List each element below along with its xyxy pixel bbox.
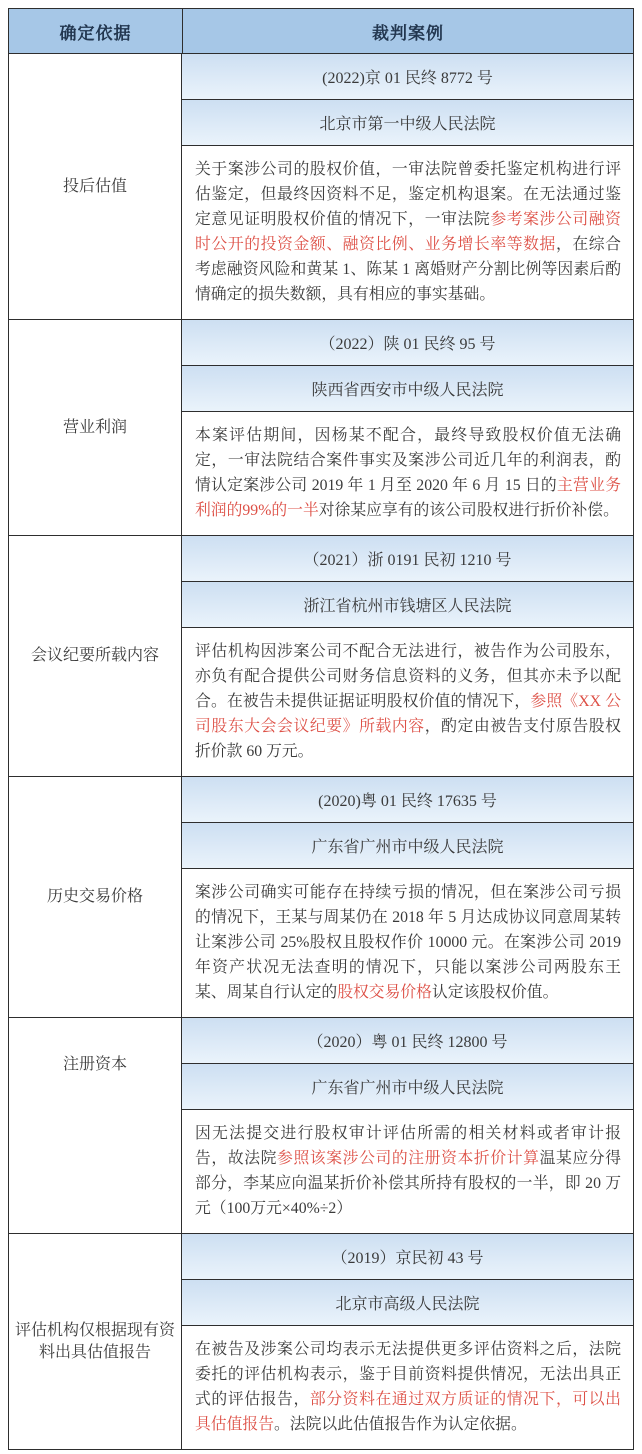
table-header-row: 确定依据 裁判案例 (9, 9, 633, 53)
basis-label: 会议纪要所载内容 (31, 645, 159, 667)
table-row: 注册资本（2020）粤 01 民终 12800 号广东省广州市中级人民法院因无法… (9, 1017, 633, 1233)
court-name-cell: 广东省广州市中级人民法院 (182, 823, 633, 869)
basis-cell: 投后估值 (9, 54, 182, 319)
table-row: 营业利润（2022）陕 01 民终 95 号陕西省西安市中级人民法院本案评估期间… (9, 319, 633, 535)
case-stack: （2020）粤 01 民终 12800 号广东省广州市中级人民法院因无法提交进行… (182, 1018, 633, 1233)
basis-label: 营业利润 (63, 417, 127, 439)
case-stack: （2021）浙 0191 民初 1210 号浙江省杭州市钱塘区人民法院评估机构因… (182, 536, 633, 776)
case-description-cell: 因无法提交进行股权审计评估所需的相关材料或者审计报告，故法院参照该案涉公司的注册… (182, 1110, 633, 1233)
court-name-cell: 浙江省杭州市钱塘区人民法院 (182, 582, 633, 628)
basis-cell: 营业利润 (9, 320, 182, 535)
table-body: 投后估值(2022)京 01 民终 8772 号北京市第一中级人民法院关于案涉公… (9, 53, 633, 1449)
case-stack: (2020)粤 01 民终 17635 号广东省广州市中级人民法院案涉公司确实可… (182, 777, 633, 1017)
case-description-cell: 关于案涉公司的股权价值，一审法院曾委托鉴定机构进行评估鉴定，但最终因资料不足，鉴… (182, 146, 633, 319)
basis-cell: 历史交易价格 (9, 777, 182, 1017)
case-stack: (2022)京 01 民终 8772 号北京市第一中级人民法院关于案涉公司的股权… (182, 54, 633, 319)
basis-label: 评估机构仅根据现有资料出具估值报告 (15, 1320, 175, 1364)
table-row: 投后估值(2022)京 01 民终 8772 号北京市第一中级人民法院关于案涉公… (9, 53, 633, 319)
case-number-cell: （2021）浙 0191 民初 1210 号 (182, 536, 633, 582)
court-name-cell: 陕西省西安市中级人民法院 (182, 366, 633, 412)
case-description-cell: 本案评估期间，因杨某不配合，最终导致股权价值无法确定，一审法院结合案件事实及案涉… (182, 412, 633, 535)
basis-cell: 会议纪要所载内容 (9, 536, 182, 776)
court-name-cell: 北京市高级人民法院 (182, 1280, 633, 1326)
basis-label: 投后估值 (63, 176, 127, 198)
basis-label: 注册资本 (63, 1054, 127, 1076)
description-text: 认定该股权价值。 (432, 984, 558, 1001)
basis-cell: 评估机构仅根据现有资料出具估值报告 (9, 1234, 182, 1449)
table-row: 会议纪要所载内容（2021）浙 0191 民初 1210 号浙江省杭州市钱塘区人… (9, 535, 633, 776)
description-text: 。法院以此估值报告作为认定依据。 (274, 1416, 527, 1433)
basis-cell: 注册资本 (9, 1018, 182, 1233)
case-description-cell: 案涉公司确实可能存在持续亏损的情况，但在案涉公司亏损的情况下，王某与周某仍在 2… (182, 869, 633, 1017)
case-number-cell: （2020）粤 01 民终 12800 号 (182, 1018, 633, 1064)
header-basis-column: 确定依据 (9, 9, 182, 53)
table-row: 评估机构仅根据现有资料出具估值报告（2019）京民初 43 号北京市高级人民法院… (9, 1233, 633, 1449)
case-stack: （2019）京民初 43 号北京市高级人民法院在被告及涉案公司均表示无法提供更多… (182, 1234, 633, 1449)
highlighted-text: 股权交易价格 (337, 984, 432, 1001)
legal-cases-table: 确定依据 裁判案例 投后估值(2022)京 01 民终 8772 号北京市第一中… (8, 8, 634, 1450)
case-number-cell: （2022）陕 01 民终 95 号 (182, 320, 633, 366)
court-name-cell: 广东省广州市中级人民法院 (182, 1064, 633, 1110)
description-text: 对徐某应享有的该公司股权进行折价补偿。 (319, 502, 619, 519)
case-number-cell: (2020)粤 01 民终 17635 号 (182, 777, 633, 823)
case-number-cell: （2019）京民初 43 号 (182, 1234, 633, 1280)
case-description-cell: 在被告及涉案公司均表示无法提供更多评估资料之后，法院委托的评估机构表示，鉴于目前… (182, 1326, 633, 1449)
case-stack: （2022）陕 01 民终 95 号陕西省西安市中级人民法院本案评估期间，因杨某… (182, 320, 633, 535)
case-number-cell: (2022)京 01 民终 8772 号 (182, 54, 633, 100)
court-name-cell: 北京市第一中级人民法院 (182, 100, 633, 146)
case-description-cell: 评估机构因涉案公司不配合无法进行，被告作为公司股东，亦负有配合提供公司财务信息资… (182, 628, 633, 776)
basis-label: 历史交易价格 (47, 886, 143, 908)
table-row: 历史交易价格(2020)粤 01 民终 17635 号广东省广州市中级人民法院案… (9, 776, 633, 1017)
highlighted-text: 参照该案涉公司的注册资本折价计算 (277, 1150, 540, 1167)
header-cases-column: 裁判案例 (182, 9, 633, 53)
